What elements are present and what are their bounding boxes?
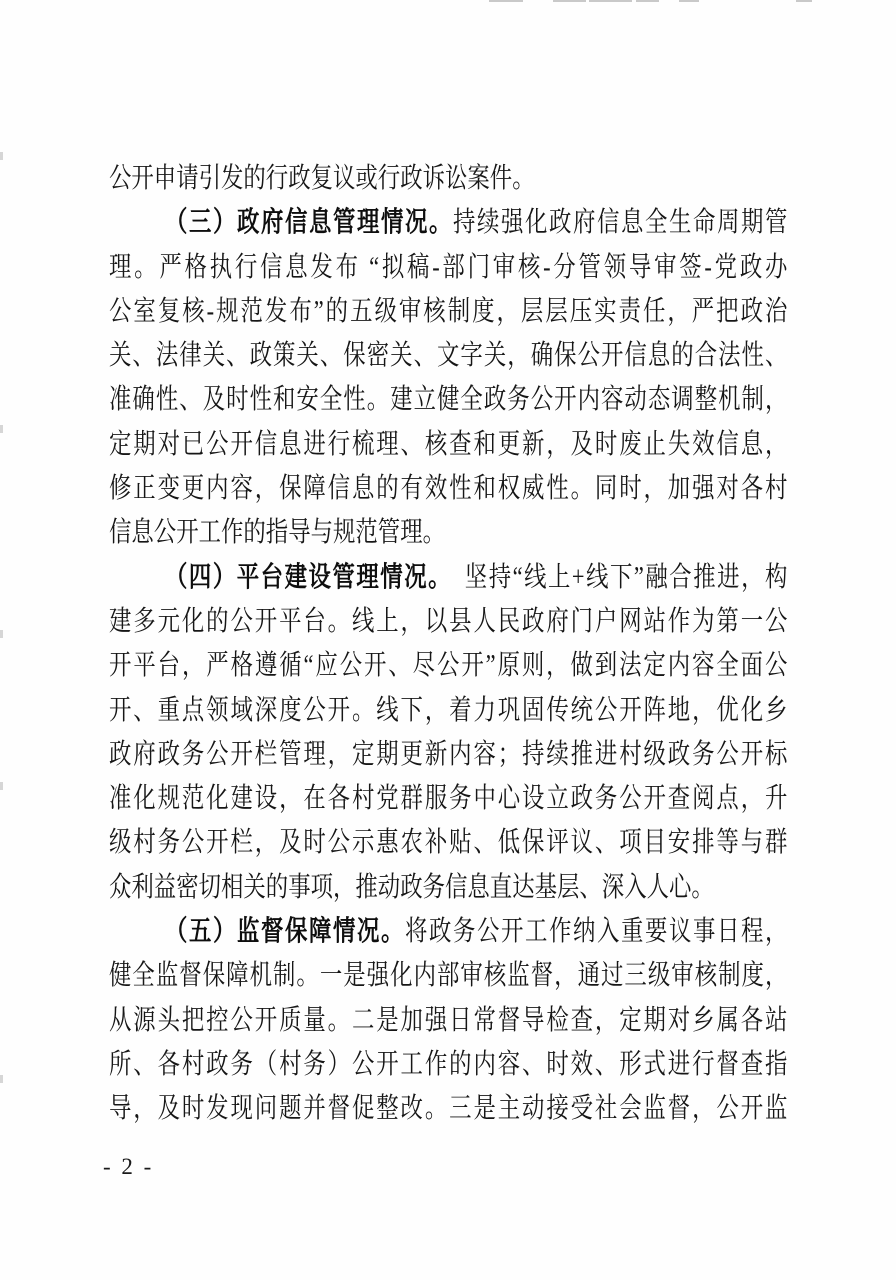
document-line: 政府政务公开栏管理，定期更新内容；持续推进村级政务公开标 <box>109 733 787 777</box>
line-text: 定期对已公开信息进行梳理、核查和更新，及时废止失效信息， <box>109 429 787 460</box>
scan-artifact <box>636 0 659 2</box>
scan-artifact <box>679 0 699 2</box>
document-line: 级村务公开栏，及时公示惠农补贴、低保评议、项目安排等与群 <box>109 821 787 865</box>
document-line: 公室复核-规范发布”的五级审核制度，层层压实责任，严把政治 <box>109 290 787 334</box>
line-text: 开平台，严格遵循“应公开、尽公开”原则，做到法定内容全面公 <box>109 650 787 681</box>
line-text: 公室复核-规范发布”的五级审核制度，层层压实责任，严把政治 <box>109 296 787 327</box>
line-text: 坚持“线上+线下”融合推进，构 <box>441 562 788 593</box>
line-text: 将政务公开工作纳入重要议事日程， <box>405 916 787 947</box>
document-line: 公开申请引发的行政复议或行政诉讼案件。 <box>109 157 787 201</box>
line-text: 导，及时发现问题并督促整改。三是主动接受社会监督，公开监 <box>109 1093 787 1124</box>
document-line: 理。严格执行信息发布 “拟稿-部门审核-分管领导审签-党政办 <box>109 246 787 290</box>
document-line: （三）政府信息管理情况。持续强化政府信息全生命周期管 <box>109 201 787 245</box>
line-text: 政府政务公开栏管理，定期更新内容；持续推进村级政务公开标 <box>109 739 787 770</box>
document-line: 关、法律关、政策关、保密关、文字关，确保公开信息的合法性、 <box>109 334 787 378</box>
page-number: - 2 - <box>103 1154 154 1180</box>
line-text: 众利益密切相关的事项，推动政务信息直达基层、深入人心。 <box>109 872 714 903</box>
document-line: 建多元化的公开平台。线上，以县人民政府门户网站作为第一公 <box>109 600 787 644</box>
document-line: 信息公开工作的指导与规范管理。 <box>109 511 787 555</box>
line-text: 关、法律关、政策关、保密关、文字关，确保公开信息的合法性、 <box>109 340 787 371</box>
section-heading: （四）平台建设管理情况。 <box>165 562 441 593</box>
scan-artifact <box>0 152 3 160</box>
document-page: 公开申请引发的行政复议或行政诉讼案件。 （三）政府信息管理情况。持续强化政府信息… <box>0 0 896 1280</box>
scan-artifact <box>489 0 523 2</box>
scan-artifact <box>0 630 3 638</box>
scan-artifact <box>589 0 632 2</box>
scan-artifact <box>0 425 3 433</box>
section-heading: （三）政府信息管理情况。 <box>165 207 453 238</box>
document-line: （五）监督保障情况。将政务公开工作纳入重要议事日程， <box>109 910 787 954</box>
line-text: 健全监督保障机制。一是强化内部审核监督，通过三级审核制度， <box>109 960 787 991</box>
document-line: 所、各村政务（村务）公开工作的内容、时效、形式进行督查指 <box>109 1043 787 1087</box>
scan-artifact <box>796 0 812 2</box>
line-text: 准确性、及时性和安全性。建立健全政务公开内容动态调整机制， <box>109 384 787 415</box>
line-text: 建多元化的公开平台。线上，以县人民政府门户网站作为第一公 <box>109 606 787 637</box>
document-line: 众利益密切相关的事项，推动政务信息直达基层、深入人心。 <box>109 866 787 910</box>
line-text: 信息公开工作的指导与规范管理。 <box>109 517 445 548</box>
line-text: 修正变更内容，保障信息的有效性和权威性。同时，加强对各村 <box>109 473 787 504</box>
document-line: 准化规范化建设，在各村党群服务中心设立政务公开查阅点，升 <box>109 777 787 821</box>
document-line: 健全监督保障机制。一是强化内部审核监督，通过三级审核制度， <box>109 954 787 998</box>
line-text: 理。严格执行信息发布 “拟稿-部门审核-分管领导审签-党政办 <box>109 252 787 283</box>
line-text: 从源头把控公开质量。二是加强日常督导检查，定期对乡属各站 <box>109 1005 787 1036</box>
section-heading: （五）监督保障情况。 <box>165 916 405 947</box>
scan-artifact <box>553 0 586 2</box>
scan-artifact <box>0 1075 3 1083</box>
line-text: 级村务公开栏，及时公示惠农补贴、低保评议、项目安排等与群 <box>109 827 787 858</box>
scan-artifact <box>0 782 3 790</box>
document-line: 准确性、及时性和安全性。建立健全政务公开内容动态调整机制， <box>109 378 787 422</box>
line-text: 所、各村政务（村务）公开工作的内容、时效、形式进行督查指 <box>109 1049 787 1080</box>
document-line: 修正变更内容，保障信息的有效性和权威性。同时，加强对各村 <box>109 467 787 511</box>
line-text: 开、重点领域深度公开。线下，着力巩固传统公开阵地，优化乡 <box>109 695 787 726</box>
document-line: 开、重点领域深度公开。线下，着力巩固传统公开阵地，优化乡 <box>109 689 787 733</box>
document-line: 导，及时发现问题并督促整改。三是主动接受社会监督，公开监 <box>109 1087 787 1131</box>
document-line: 定期对已公开信息进行梳理、核查和更新，及时废止失效信息， <box>109 423 787 467</box>
document-body: 公开申请引发的行政复议或行政诉讼案件。 （三）政府信息管理情况。持续强化政府信息… <box>109 157 787 1132</box>
line-text: 公开申请引发的行政复议或行政诉讼案件。 <box>109 163 535 194</box>
line-text: 准化规范化建设，在各村党群服务中心设立政务公开查阅点，升 <box>109 783 787 814</box>
line-text: 持续强化政府信息全生命周期管 <box>453 207 787 238</box>
document-line: 开平台，严格遵循“应公开、尽公开”原则，做到法定内容全面公 <box>109 644 787 688</box>
document-line: （四）平台建设管理情况。 坚持“线上+线下”融合推进，构 <box>109 556 787 600</box>
document-line: 从源头把控公开质量。二是加强日常督导检查，定期对乡属各站 <box>109 999 787 1043</box>
